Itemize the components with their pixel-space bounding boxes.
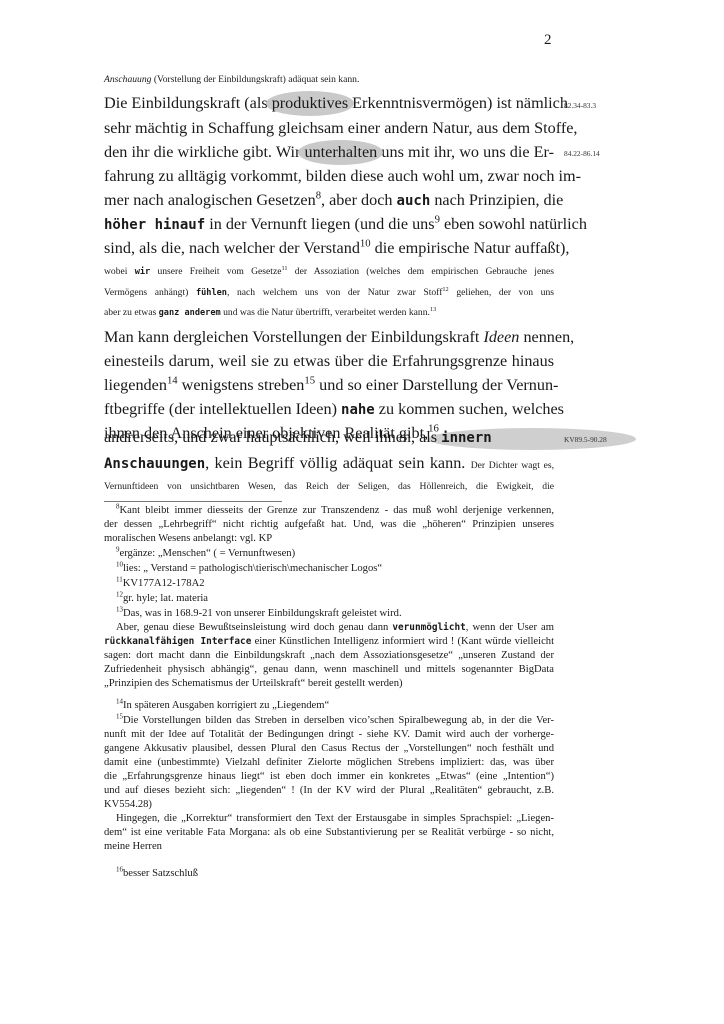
footnote-ref[interactable]: 13 — [430, 306, 436, 313]
footnote-line: Hingegen, die „Korrektur“ transformiert … — [104, 813, 554, 824]
footnote-line: rückkanalfähigen Interface einer Künstli… — [104, 636, 554, 647]
footnote-line: sagen: dort macht dann die Einbildungskr… — [104, 650, 554, 661]
footnote-12: 12gr. hyle; lat. materia — [104, 593, 566, 604]
footnote-10: 10lies: „ Verstand = pathologisch\tieris… — [104, 563, 566, 574]
italic-term: Ideen — [483, 328, 519, 346]
footnote-line: moralischen Wesens anbelangt: vgl. KP — [104, 533, 554, 544]
text-line-small: Vermögens anhängt) fühlen, nach welchem … — [104, 287, 554, 298]
footnote-number: 11 — [116, 575, 123, 583]
emphasis-mono: innern — [441, 430, 492, 446]
page-number: 2 — [544, 32, 552, 49]
footnote-line: die „Erfahrungsgrenze hinaus liegt“ ist … — [104, 771, 554, 782]
footnote-11: 11KV177A12-178A2 — [104, 578, 566, 589]
footnote-number: 12 — [116, 590, 123, 598]
footnote-line: Aber, genau diese Bewußtseinsleistung wi… — [104, 622, 554, 633]
margin-note: 84.22-86.14 — [564, 149, 600, 158]
footnote-line: der dessen „Lehrbegriff“ nicht richtig a… — [104, 519, 554, 530]
text-line: liegenden14 wenigstens streben15 und so … — [104, 376, 554, 395]
text-line: sehr mächtig in Schaffung gleichsam eine… — [104, 119, 554, 138]
footnote-number: 15 — [116, 712, 123, 720]
text-line: einesteils darum, weil sie zu etwas über… — [104, 352, 554, 371]
text-line-small: wobei wir unsere Freiheit vom Gesetze11 … — [104, 266, 554, 277]
text-line: den ihr die wirkliche gibt. Wir unterhal… — [104, 143, 554, 162]
text-line: Die Einbildungskraft (als produktives Er… — [104, 94, 554, 113]
emphasis-mono: fühlen — [196, 288, 227, 298]
footnote-rule — [104, 501, 282, 502]
emphasis-mono: auch — [397, 193, 431, 209]
text-line: fahrung zu alltägig vorkommt, bilden die… — [104, 167, 554, 186]
emphasis-mono: Anschauungen — [104, 456, 205, 472]
footnote-ref[interactable]: 10 — [360, 238, 371, 250]
footnote-line: KV554.28) — [104, 799, 554, 810]
footnote-number: 14 — [116, 697, 123, 705]
text-line: sind, als die, nach welcher der Verstand… — [104, 239, 554, 258]
footnote-line: damit eine (unbestimmte) Vielzahl defini… — [104, 757, 554, 768]
margin-note: 82.34-83.3 — [564, 101, 596, 110]
footnote-line: „Prinzipien des Schematismus der Urteils… — [104, 678, 554, 689]
italic-term: Anschauung — [104, 74, 151, 85]
text-line: Man kann dergleichen Vorstellungen der E… — [104, 328, 554, 347]
footnote-16: 16besser Satzschluß — [104, 868, 566, 879]
footnote-number: 16 — [116, 865, 123, 873]
text-line: Anschauungen, kein Begriff völlig adäqua… — [104, 454, 554, 473]
footnote-ref[interactable]: 15 — [304, 375, 315, 387]
highlighted-term: produktives — [272, 94, 348, 113]
footnote-line: gangene Akkusativ plausibel, dessen Plur… — [104, 743, 554, 754]
emphasis-mono: wir — [135, 267, 151, 277]
emphasis-mono: rückkanalfähigen Interface — [104, 636, 251, 647]
emphasis-mono: verunmöglicht — [392, 622, 465, 633]
text-line-small: Vernunftideen von unsichtbaren Wesen, da… — [104, 481, 554, 492]
margin-note: KV89.5-90.28 — [564, 435, 607, 444]
footnote-8: 8Kant bleibt immer diesseits der Grenze … — [104, 505, 554, 516]
footnote-15: 15Die Vorstellungen bilden das Streben i… — [104, 715, 554, 726]
footnote-line: dem“ ist eine veritable Fata Morgana: al… — [104, 827, 554, 838]
text-line-small: aber zu etwas ganz anderem und was die N… — [104, 307, 554, 318]
text-line: ftbegriffe (der intellektuellen Ideen) n… — [104, 400, 554, 419]
text-line: andrerseits, und zwar hauptsächlich, wei… — [104, 428, 554, 447]
emphasis-mono: höher hinauf — [104, 217, 205, 233]
footnote-line: nunft mit der Idee auf Totalität der Bed… — [104, 729, 554, 740]
footnote-line: Zufriedenheit physisch abhängig“, genau … — [104, 664, 554, 675]
text-line: mer nach analogischen Gesetzen8, aber do… — [104, 191, 554, 210]
highlighted-term: unterhalten — [304, 143, 377, 162]
text-line: höher hinauf in der Vernunft liegen (und… — [104, 215, 554, 234]
emphasis-mono: nahe — [341, 402, 375, 418]
footnote-line: meine Herren — [104, 841, 554, 852]
footnote-14: 14In späteren Ausgaben korrigiert zu „Li… — [104, 700, 566, 711]
footnote-ref[interactable]: 14 — [167, 375, 178, 387]
footnote-line: und auf dieses bezieht sich: „liegenden“… — [104, 785, 554, 796]
footnote-13: 13Das, was in 168.9-21 von unserer Einbi… — [104, 608, 566, 619]
emphasis-mono: ganz anderem — [159, 308, 221, 318]
footnote-number: 10 — [116, 560, 123, 568]
footnote-9: 9ergänze: „Menschen“ ( = Vernunftwesen) — [104, 548, 566, 559]
carryover-line: Anschauung (Vorstellung der Einbildungsk… — [104, 74, 554, 85]
footnote-number: 13 — [116, 605, 123, 613]
